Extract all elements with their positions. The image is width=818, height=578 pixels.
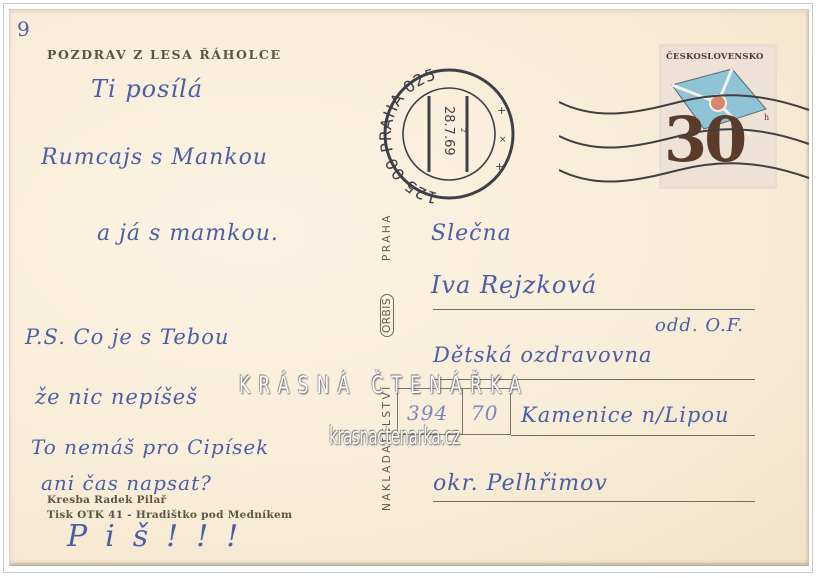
page-number: 9 — [17, 17, 31, 41]
message-line: že nic nepíšeš — [35, 385, 198, 409]
cancellation-lines — [559, 84, 809, 194]
message-line: Ti posílá — [91, 75, 203, 103]
watermark-url[interactable]: krasnactenarka.cz — [329, 422, 460, 450]
publisher-city: PRAHA — [381, 213, 393, 261]
printer-credit: Tisk OTK 41 - Hradištko pod Medníkem — [47, 509, 292, 521]
stamp-country: ČESKOSLOVENSKO — [666, 52, 764, 62]
watermark-title: KRÁSNÁ ČTENÁŘKA — [239, 371, 529, 399]
zip-code-part2: 70 — [471, 401, 498, 425]
address-district: okr. Pelhřimov — [433, 471, 608, 496]
postmark-date: 28.7.69 — [441, 106, 456, 156]
address-institution: Dětská ozdravovna — [433, 343, 653, 367]
address-salutation: Slečna — [431, 221, 512, 246]
message-line: a já s mamkou. — [97, 221, 279, 246]
message-line: Rumcajs s Mankou — [41, 145, 268, 170]
svg-text:+: + — [495, 160, 504, 173]
address-town: Kamenice n/Lipou — [521, 403, 730, 427]
address-department: odd. O.F. — [655, 315, 744, 336]
postmark-postcode: 125 00 — [381, 155, 439, 204]
message-line: P.S. Co je s Tebou — [25, 325, 229, 349]
message-line: Piš!!! — [67, 519, 256, 554]
message-line: ani čas napsat? — [41, 471, 212, 495]
postmark-slot: 2 — [459, 128, 467, 132]
svg-text:+: + — [497, 104, 506, 117]
address-line — [433, 501, 755, 502]
artist-credit: Kresba Radek Pilař — [47, 494, 166, 506]
publisher-imprint: NAKLADATELSTVÍ ORBIS PRAHA — [381, 199, 401, 514]
publisher-logo: ORBIS — [380, 294, 394, 337]
postmark: 125 00 PRAHA 025 28.7.69 2 + × + — [379, 64, 519, 204]
address-line — [433, 309, 755, 310]
postcard-title: POZDRAV Z LESA ŘÁHOLCE — [47, 47, 282, 62]
svg-text:×: × — [499, 135, 507, 145]
address-name: Iva Rejzková — [431, 271, 597, 299]
address-line — [511, 435, 755, 436]
postcard: 9 POZDRAV Z LESA ŘÁHOLCE Ti posílá Rumca… — [9, 9, 809, 566]
message-line: To nemáš pro Cipísek — [31, 435, 269, 459]
